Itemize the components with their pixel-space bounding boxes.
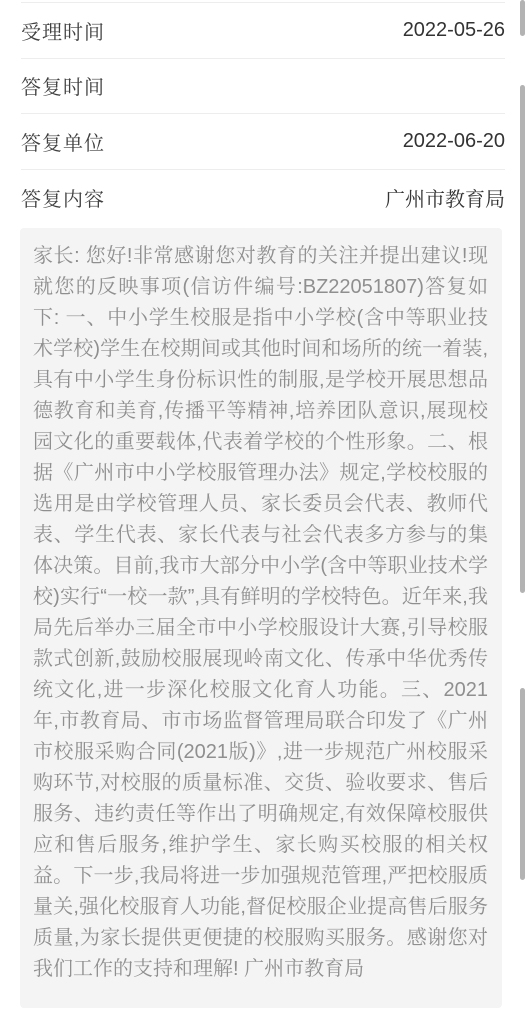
field-value: 广州市教育局 [385,183,505,212]
reply-body-text: 家长: 您好!非常感谢您对教育的关注并提出建议!现就您的反映事项(信访件编号:B… [33,241,488,985]
field-row-reply-content: 答复内容 广州市教育局 [21,170,505,225]
field-label: 受理时间 [21,16,105,45]
scrollbar-thumb-middle[interactable] [520,85,525,593]
field-row-accept-time: 受理时间 2022-05-26 [21,2,505,59]
scrollbar-thumb-top[interactable] [520,0,525,36]
field-row-reply-time: 答复时间 [21,58,505,114]
field-label: 答复内容 [21,183,105,212]
field-row-reply-unit: 答复单位 2022-06-20 [21,114,505,170]
reply-content-box: 家长: 您好!非常感谢您对教育的关注并提出建议!现就您的反映事项(信访件编号:B… [20,228,502,1008]
field-label: 答复时间 [21,71,105,100]
field-value: 2022-05-26 [403,19,505,42]
field-value: 2022-06-20 [403,130,505,153]
reply-detail-page: 受理时间 2022-05-26 答复时间 答复单位 2022-06-20 答复内… [0,0,527,1016]
scrollbar-thumb-bottom[interactable] [520,688,525,880]
field-label: 答复单位 [21,127,105,156]
